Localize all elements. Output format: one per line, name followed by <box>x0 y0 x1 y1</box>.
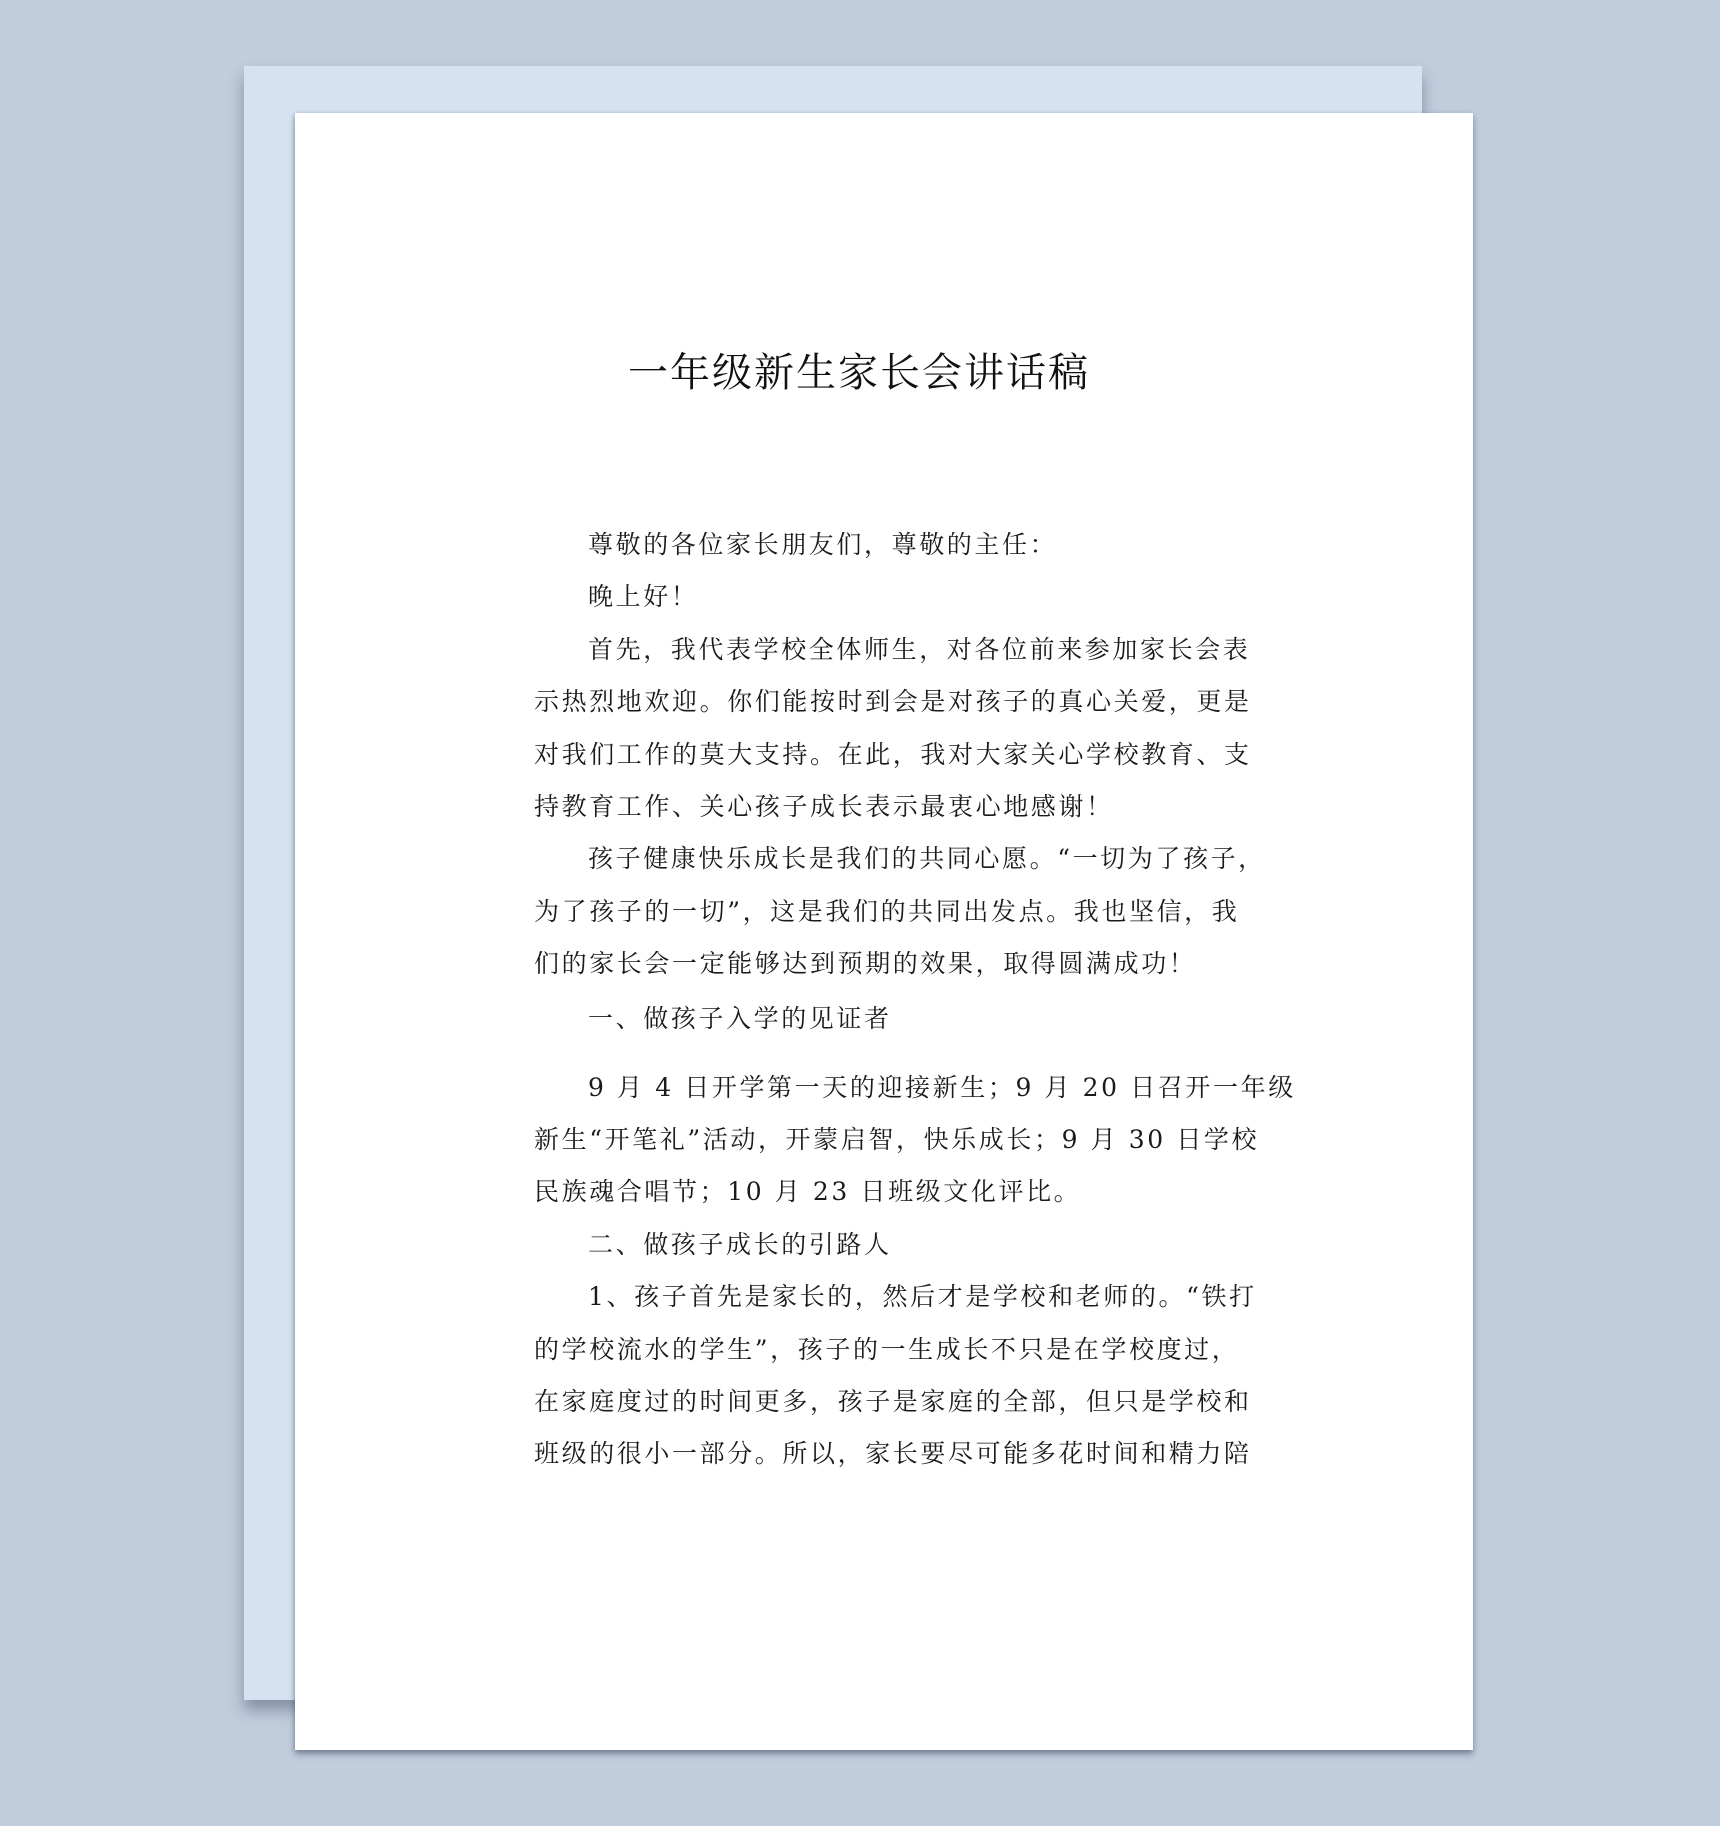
body-line: 为了孩子的一切”，这是我们的共同出发点。我也坚信，我 <box>534 896 1239 928</box>
body-line: 的学校流水的学生”，孩子的一生成长不只是在学校度过， <box>534 1334 1239 1366</box>
body-line: 民族魂合唱节；10 月 23 日班级文化评比。 <box>534 1176 1081 1208</box>
body-line: 对我们工作的莫大支持。在此，我对大家关心学校教育、支 <box>534 739 1252 771</box>
body-line: 在家庭度过的时间更多，孩子是家庭的全部，但只是学校和 <box>534 1386 1252 1418</box>
body-line: 示热烈地欢迎。你们能按时到会是对孩子的真心关爱，更是 <box>534 686 1252 718</box>
section-heading-2: 二、做孩子成长的引路人 <box>588 1229 892 1261</box>
body-line: 持教育工作、关心孩子成长表示最衷心地感谢！ <box>534 791 1114 823</box>
document-title: 一年级新生家长会讲话稿 <box>0 347 1719 399</box>
body-line: 班级的很小一部分。所以，家长要尽可能多花时间和精力陪 <box>534 1438 1252 1470</box>
section-heading-1: 一、做孩子入学的见证者 <box>588 1003 892 1035</box>
body-line: 孩子健康快乐成长是我们的共同心愿。“一切为了孩子， <box>588 843 1266 875</box>
body-line: 9 月 4 日开学第一天的迎接新生；9 月 20 日召开一年级 <box>588 1072 1296 1104</box>
body-line: 新生“开笔礼”活动，开蒙启智，快乐成长；9 月 30 日学校 <box>534 1124 1259 1156</box>
body-line: 尊敬的各位家长朋友们，尊敬的主任： <box>588 529 1057 561</box>
body-line: 首先，我代表学校全体师生，对各位前来参加家长会表 <box>588 634 1250 666</box>
body-line: 1、孩子首先是家长的，然后才是学校和老师的。“铁打 <box>588 1281 1257 1313</box>
body-line: 晚上好！ <box>588 581 698 613</box>
body-line: 们的家长会一定能够达到预期的效果，取得圆满成功！ <box>534 948 1196 980</box>
